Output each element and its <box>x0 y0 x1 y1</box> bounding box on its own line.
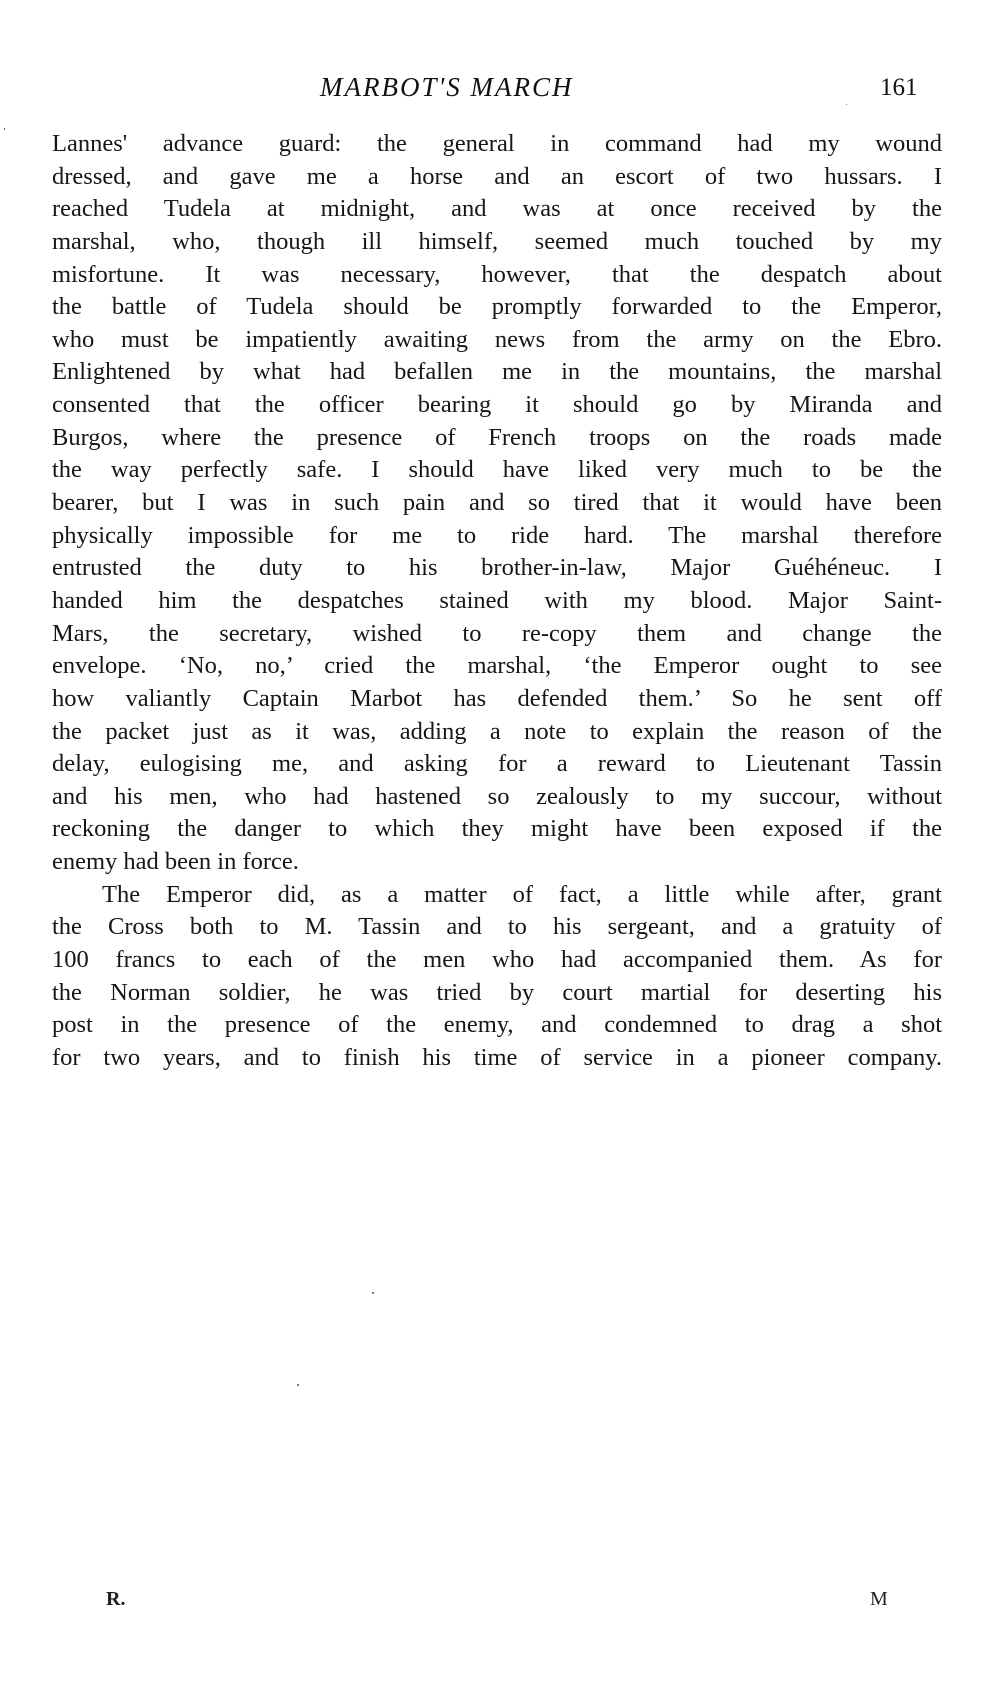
signature-mark-left: R. <box>106 1588 125 1611</box>
text-line: Mars, the secretary, wished to re-copy t… <box>52 618 942 651</box>
scan-speck <box>297 1384 299 1386</box>
signature-mark-right: M <box>870 1588 888 1611</box>
text-line: The Emperor did, as a matter of fact, a … <box>52 879 942 912</box>
text-line: consented that the officer bearing it sh… <box>52 389 942 422</box>
text-line: physically impossible for me to ride har… <box>52 520 942 553</box>
text-line: Enlightened by what had befallen me in t… <box>52 356 942 389</box>
text-line: the Norman soldier, he was tried by cour… <box>52 977 942 1010</box>
paragraph-2: The Emperor did, as a matter of fact, a … <box>52 879 942 1075</box>
text-line: misfortune. It was necessary, however, t… <box>52 259 942 292</box>
text-line: dressed, and gave me a horse and an esco… <box>52 161 942 194</box>
text-line: delay, eulogising me, and asking for a r… <box>52 748 942 781</box>
running-head: MARBOT'S MARCH 161 <box>0 72 1000 112</box>
paragraph-1: Lannes' advance guard: the general in co… <box>52 128 942 879</box>
text-line: and his men, who had hastened so zealous… <box>52 781 942 814</box>
text-line: marshal, who, though ill himself, seemed… <box>52 226 942 259</box>
text-line: for two years, and to finish his time of… <box>52 1042 942 1075</box>
scan-speck <box>846 104 847 105</box>
text-line: who must be impatiently awaiting news fr… <box>52 324 942 357</box>
text-line: how valiantly Captain Marbot has defende… <box>52 683 942 716</box>
scan-speck <box>4 128 5 130</box>
text-line: post in the presence of the enemy, and c… <box>52 1009 942 1042</box>
scan-speck <box>372 1292 374 1294</box>
text-line: reached Tudela at midnight, and was at o… <box>52 193 942 226</box>
text-line: the way perfectly safe. I should have li… <box>52 454 942 487</box>
text-line: the packet just as it was, adding a note… <box>52 716 942 749</box>
text-line: the Cross both to M. Tassin and to his s… <box>52 911 942 944</box>
text-line: reckoning the danger to which they might… <box>52 813 942 846</box>
text-line: entrusted the duty to his brother-in-law… <box>52 552 942 585</box>
text-line: envelope. ‘No, no,’ cried the marshal, ‘… <box>52 650 942 683</box>
text-line: handed him the despatches stained with m… <box>52 585 942 618</box>
body-text: Lannes' advance guard: the general in co… <box>52 128 942 1075</box>
text-line: 100 francs to each of the men who had ac… <box>52 944 942 977</box>
text-line: Lannes' advance guard: the general in co… <box>52 128 942 161</box>
running-title: MARBOT'S MARCH <box>320 72 574 103</box>
page-number: 161 <box>880 74 918 102</box>
text-line: the battle of Tudela should be promptly … <box>52 291 942 324</box>
text-line: enemy had been in force. <box>52 846 942 879</box>
text-line: Burgos, where the presence of French tro… <box>52 422 942 455</box>
text-line: bearer, but I was in such pain and so ti… <box>52 487 942 520</box>
book-page: MARBOT'S MARCH 161 Lannes' advance guard… <box>0 0 1000 1687</box>
